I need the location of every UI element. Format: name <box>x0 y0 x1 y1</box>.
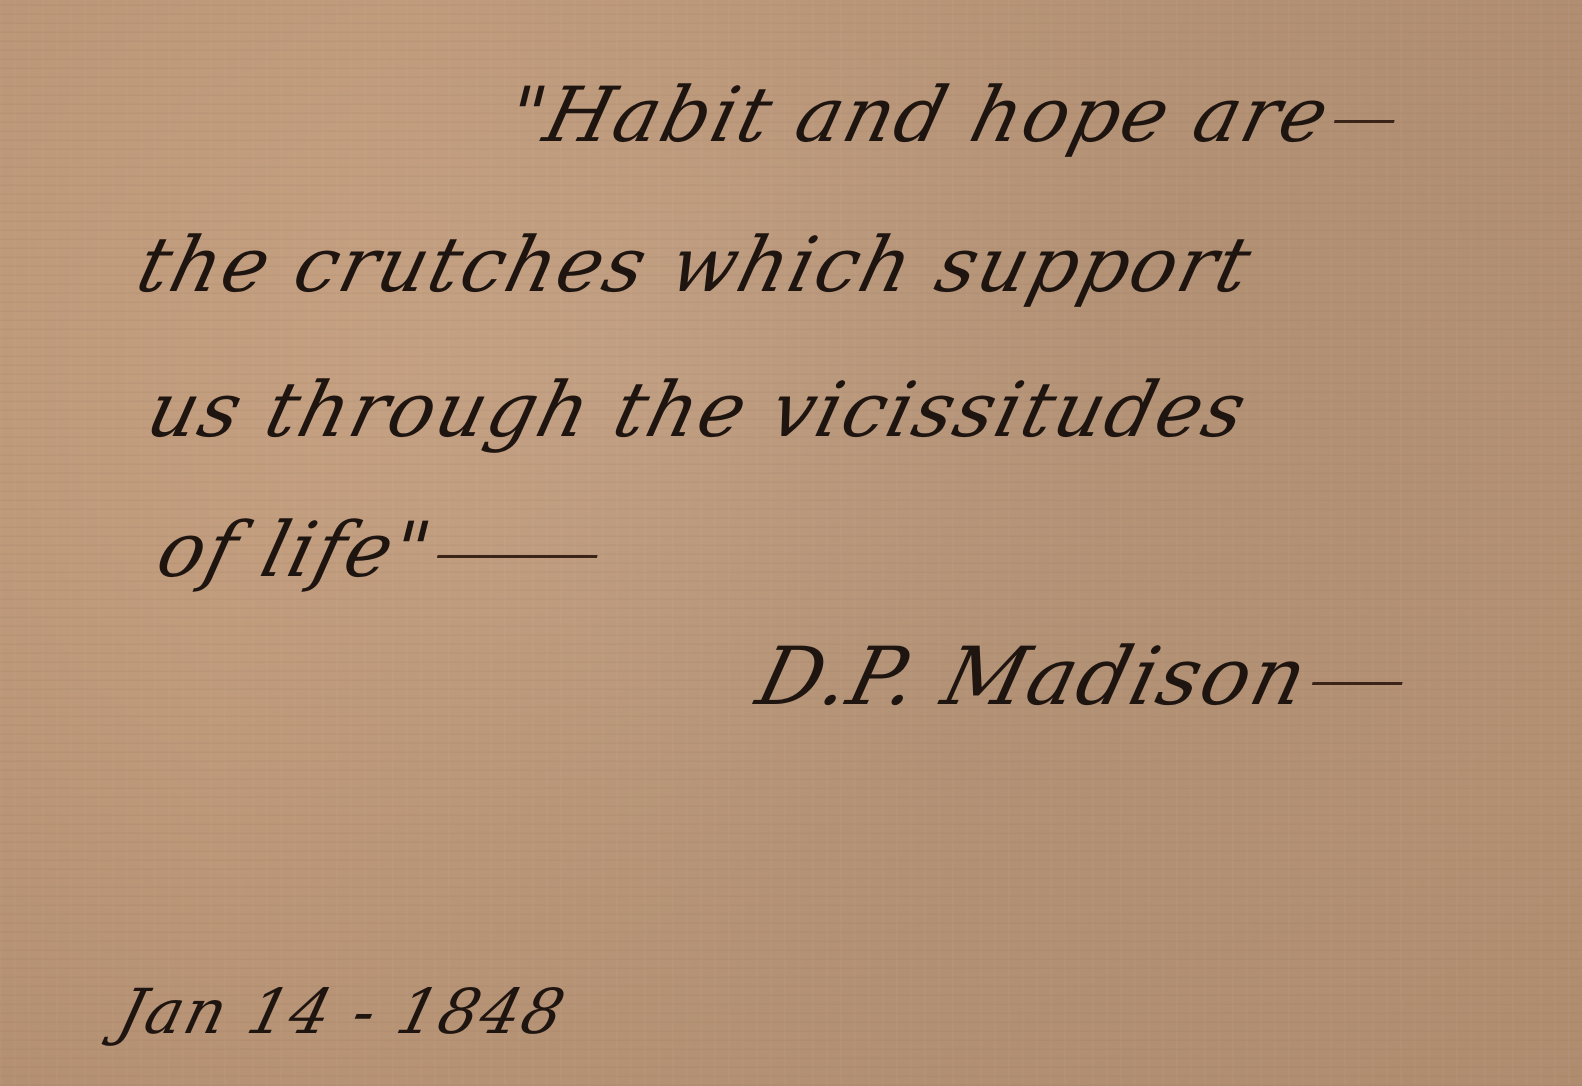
quote-line-3: us through the vicissitudes <box>139 365 1257 454</box>
quote-line-2: the crutches which support <box>129 220 1262 309</box>
signature: D.P. Madison <box>748 630 1416 723</box>
date: Jan 14 - 1848 <box>111 975 574 1048</box>
quote-line-1: "Habit and hope are <box>499 70 1408 159</box>
quote-line-4: of life" <box>149 505 610 594</box>
